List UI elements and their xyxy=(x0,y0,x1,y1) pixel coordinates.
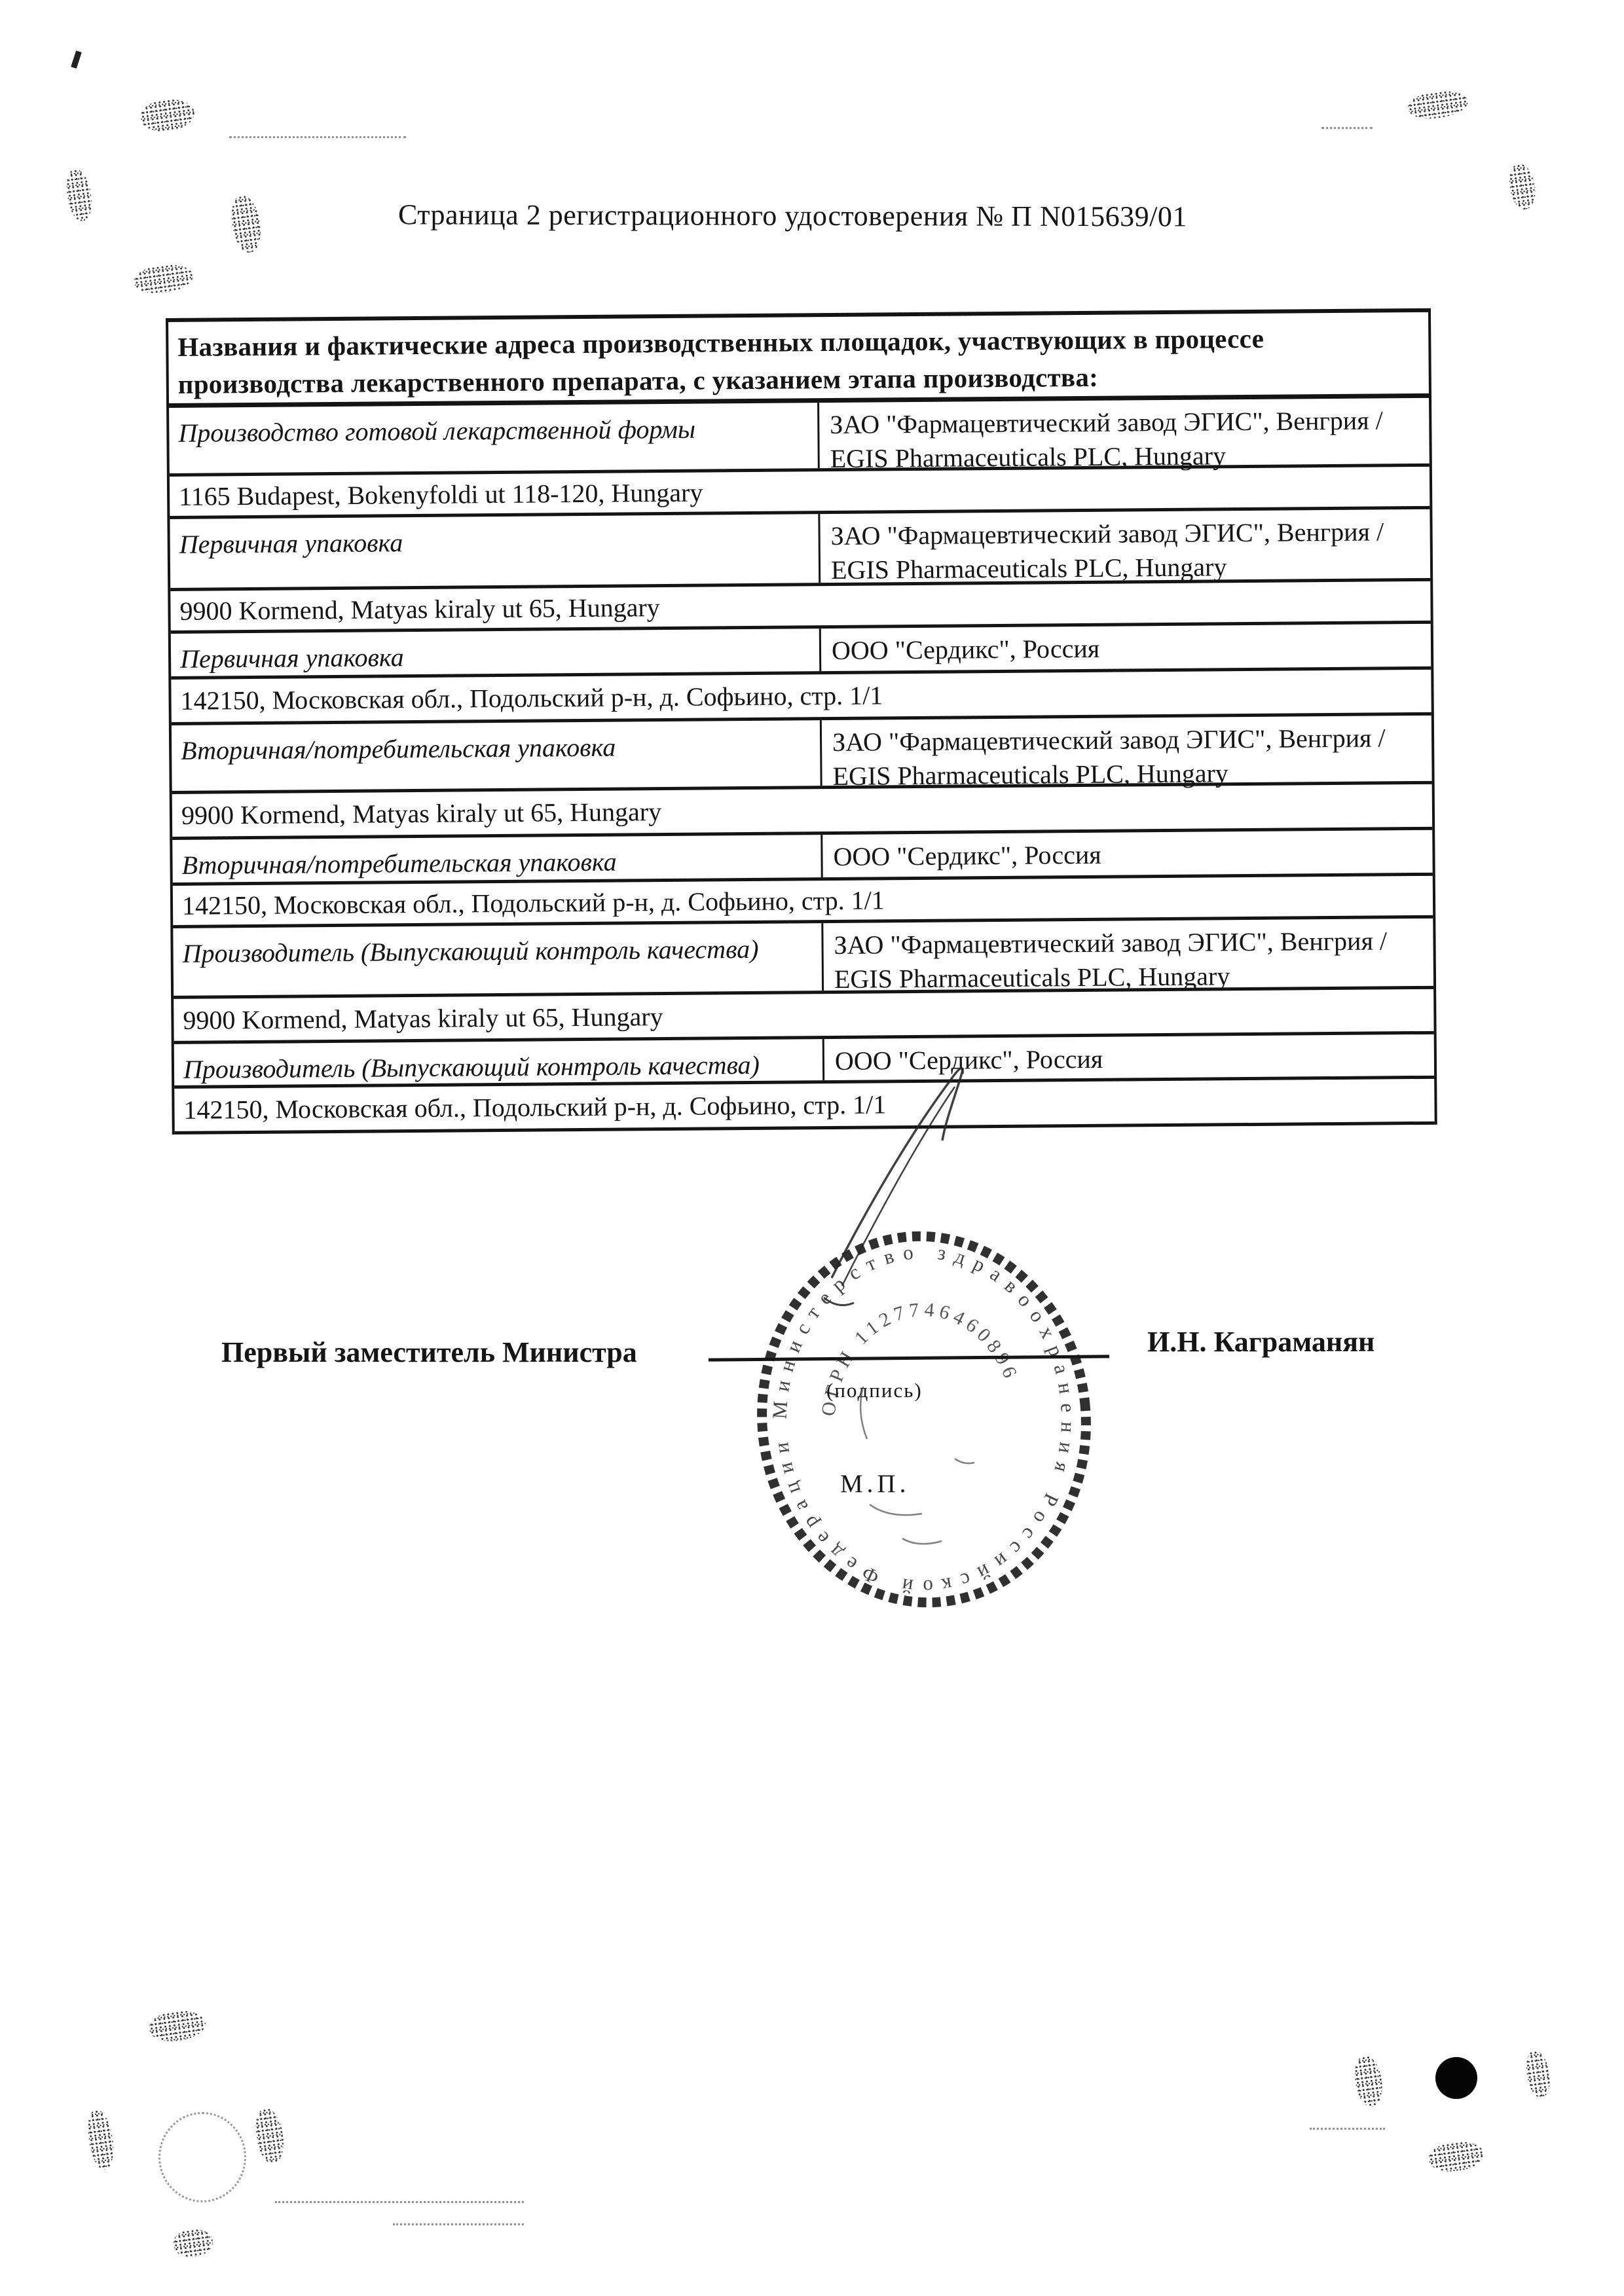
ink-smudge xyxy=(253,2107,286,2166)
ink-smudge xyxy=(172,2227,214,2259)
ink-smudge xyxy=(1352,2054,1385,2109)
stage-cell: Производство готовой лекарственной формы xyxy=(169,403,820,473)
manufacturer-cell: ЗАО "Фармацевтический завод ЭГИС", Венгр… xyxy=(820,509,1430,583)
ink-smudge xyxy=(139,96,196,135)
manufacturer-cell: ЗАО "Фармацевтический завод ЭГИС", Венгр… xyxy=(823,919,1433,991)
address-cell: 9900 Kormend, Matyas kiraly ut 65, Hunga… xyxy=(172,784,1432,837)
address-cell: 9900 Kormend, Matyas kiraly ut 65, Hunga… xyxy=(174,989,1433,1041)
scan-dot-line xyxy=(393,2223,524,2225)
seal-place-mark: М.П. xyxy=(840,1469,910,1499)
page-title: Страница 2 регистрационного удостоверени… xyxy=(398,198,1249,233)
stage-cell: Вторичная/потребительская упаковка xyxy=(172,720,822,791)
scan-tick-mark xyxy=(71,50,82,69)
signatory-title: Первый заместитель Министра xyxy=(221,1336,637,1369)
stage-cell: Производитель (Выпускающий контроль каче… xyxy=(173,923,824,996)
signature-caption: (подпись) xyxy=(826,1379,923,1402)
manufacturer-cell: ООО "Сердикс", Россия xyxy=(821,624,1431,671)
stage-cell: Первичная упаковка xyxy=(171,629,821,676)
ink-smudge xyxy=(64,168,95,223)
ink-smudge xyxy=(147,2007,207,2045)
signature-stroke xyxy=(753,1041,1120,1381)
ink-smudge xyxy=(1524,2049,1553,2099)
table-title: Названия и фактические адреса производст… xyxy=(168,312,1429,403)
scan-dot-line xyxy=(229,136,406,138)
table-title-row: Названия и фактические адреса производст… xyxy=(168,312,1429,408)
table-row: Первичная упаковка ЗАО "Фармацевтический… xyxy=(170,509,1430,591)
ink-smudge xyxy=(133,261,195,297)
scan-dot-line xyxy=(1321,127,1373,129)
ink-smudge xyxy=(1407,88,1470,122)
stage-cell: Первичная упаковка xyxy=(170,514,821,588)
manufacturer-cell: ООО "Сердикс", Россия xyxy=(822,830,1432,877)
signatory-name: И.Н. Каграманян xyxy=(1147,1325,1375,1358)
smudge-ring-mark xyxy=(158,2112,246,2202)
stage-cell: Производитель (Выпускающий контроль каче… xyxy=(174,1039,824,1085)
manufacturer-cell: ЗАО "Фармацевтический завод ЭГИС", Венгр… xyxy=(819,398,1430,468)
production-sites-table: Названия и фактические адреса производст… xyxy=(166,308,1437,1135)
table-row: Производство готовой лекарственной формы… xyxy=(169,398,1430,477)
punch-hole-mark xyxy=(1435,2057,1477,2099)
scan-dot-line xyxy=(1310,2128,1385,2130)
scanned-certificate-page: Страница 2 регистрационного удостоверени… xyxy=(0,0,1624,2296)
table-row: Производитель (Выпускающий контроль каче… xyxy=(173,919,1433,999)
stage-cell: Вторичная/потребительская упаковка xyxy=(172,835,822,883)
stamp-noise-marks xyxy=(860,1387,974,1544)
address-cell: 142150, Московская обл., Подольский р-н,… xyxy=(171,670,1431,722)
ink-smudge xyxy=(229,194,264,255)
manufacturer-cell: ЗАО "Фармацевтический завод ЭГИС", Венгр… xyxy=(822,716,1432,786)
ink-smudge xyxy=(85,2108,117,2171)
table-row: Вторичная/потребительская упаковка ЗАО "… xyxy=(172,716,1432,794)
ink-smudge xyxy=(1507,162,1538,211)
ink-smudge xyxy=(1427,2138,1485,2174)
scan-dot-line xyxy=(275,2201,524,2203)
